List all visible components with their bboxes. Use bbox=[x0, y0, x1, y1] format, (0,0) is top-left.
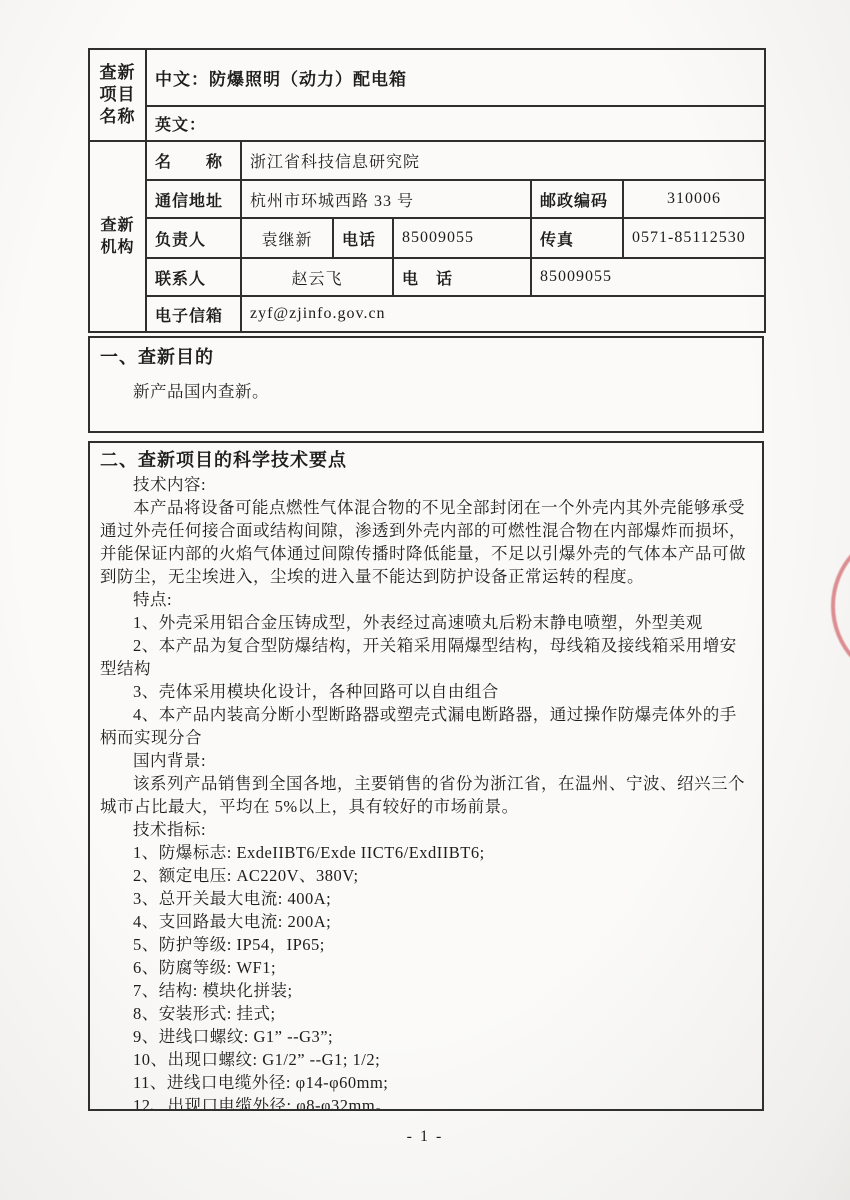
section-tech-points: 二、查新项目的科学技术要点 技术内容: 本产品将设备可能点燃性气体混合物的不见全… bbox=[88, 441, 764, 1111]
indicator-item: 2、额定电压: AC220V、380V; bbox=[100, 864, 752, 887]
feature-item: 2、本产品为复合型防爆结构，开关箱采用隔爆型结构，母线箱及接线箱采用增安型结构 bbox=[100, 634, 752, 680]
email-value: zyf@zjinfo.gov.cn bbox=[241, 296, 765, 332]
document-content: 查新项目名称 中文：防爆照明（动力）配电箱 英文： 查新机构 名 称 浙江省科技… bbox=[88, 48, 764, 1111]
features-label: 特点: bbox=[100, 588, 752, 611]
indicator-item: 4、支回路最大电流: 200A; bbox=[100, 910, 752, 933]
project-name-label: 查新项目名称 bbox=[89, 49, 146, 141]
head-label: 负责人 bbox=[146, 218, 241, 258]
indicator-item: 6、防腐等级: WF1; bbox=[100, 956, 752, 979]
contact-phone-label: 电 话 bbox=[393, 258, 531, 296]
indicator-item: 7、结构: 模块化拼装; bbox=[100, 979, 752, 1002]
row-project-chinese: 查新项目名称 中文：防爆照明（动力）配电箱 bbox=[89, 49, 765, 106]
indicator-item: 3、总开关最大电流: 400A; bbox=[100, 887, 752, 910]
background-paragraph: 该系列产品销售到全国各地，主要销售的省份为浙江省，在温州、宁波、绍兴三个城市占比… bbox=[100, 772, 752, 818]
feature-item: 1、外壳采用铝合金压铸成型，外表经过高速喷丸后粉末静电喷塑，外型美观 bbox=[100, 611, 752, 634]
scanned-document-page: 查新项目名称 中文：防爆照明（动力）配电箱 英文： 查新机构 名 称 浙江省科技… bbox=[0, 0, 850, 1200]
indicator-item: 1、防爆标志: ExdeIIBT6/Exde IICT6/ExdIIBT6; bbox=[100, 841, 752, 864]
section-purpose-body: 新产品国内查新。 bbox=[100, 380, 752, 403]
indicator-item: 11、进线口电缆外径: φ14-φ60mm; bbox=[100, 1071, 752, 1094]
indicator-item: 12、出现口电缆外径: φ8-φ32mm。 bbox=[100, 1094, 752, 1111]
feature-item: 3、壳体采用模块化设计，各种回路可以自由组合 bbox=[100, 680, 752, 703]
contact-value: 赵云飞 bbox=[241, 258, 393, 296]
row-agency-head: 负责人 袁继新 电话 85009055 传真 0571-85112530 bbox=[89, 218, 765, 258]
section-purpose-title: 一、查新目的 bbox=[100, 344, 752, 370]
section-purpose: 一、查新目的 新产品国内查新。 bbox=[88, 336, 764, 433]
tech-content-label: 技术内容: bbox=[100, 473, 752, 496]
indicator-item: 10、出现口螺纹: G1/2” --G1; 1/2; bbox=[100, 1048, 752, 1071]
agency-label: 查新机构 bbox=[89, 141, 146, 332]
address-value: 杭州市环城西路 33 号 bbox=[241, 180, 531, 218]
tech-content-paragraph: 本产品将设备可能点燃性气体混合物的不见全部封闭在一个外壳内其外壳能够承受通过外壳… bbox=[100, 496, 752, 588]
head-value: 袁继新 bbox=[241, 218, 333, 258]
section-tech-title: 二、查新项目的科学技术要点 bbox=[100, 447, 752, 473]
email-label: 电子信箱 bbox=[146, 296, 241, 332]
feature-item: 4、本产品内装高分断小型断路器或塑壳式漏电断路器，通过操作防爆壳体外的手柄而实现… bbox=[100, 703, 752, 749]
row-agency-contact: 联系人 赵云飞 电 话 85009055 bbox=[89, 258, 765, 296]
indicators-label: 技术指标: bbox=[100, 818, 752, 841]
postcode-value: 310006 bbox=[623, 180, 765, 218]
agency-name-value: 浙江省科技信息研究院 bbox=[241, 141, 765, 180]
project-english-name: 英文： bbox=[146, 106, 765, 141]
fax-value: 0571-85112530 bbox=[623, 218, 765, 258]
indicator-item: 9、进线口螺纹: G1” --G3”; bbox=[100, 1025, 752, 1048]
indicator-item: 8、安装形式: 挂式; bbox=[100, 1002, 752, 1025]
contact-phone-value: 85009055 bbox=[531, 258, 765, 296]
fax-label: 传真 bbox=[531, 218, 623, 258]
address-label: 通信地址 bbox=[146, 180, 241, 218]
page-number: - 1 - bbox=[0, 1128, 850, 1146]
red-stamp-arc bbox=[831, 527, 850, 685]
background-label: 国内背景: bbox=[100, 749, 752, 772]
header-info-table: 查新项目名称 中文：防爆照明（动力）配电箱 英文： 查新机构 名 称 浙江省科技… bbox=[88, 48, 766, 333]
project-chinese-name: 中文：防爆照明（动力）配电箱 bbox=[146, 49, 765, 106]
agency-name-label: 名 称 bbox=[146, 141, 241, 180]
indicator-item: 5、防护等级: IP54，IP65; bbox=[100, 933, 752, 956]
row-agency-address: 通信地址 杭州市环城西路 33 号 邮政编码 310006 bbox=[89, 180, 765, 218]
phone-label: 电话 bbox=[333, 218, 393, 258]
row-project-english: 英文： bbox=[89, 106, 765, 141]
phone-value: 85009055 bbox=[393, 218, 531, 258]
row-agency-name: 查新机构 名 称 浙江省科技信息研究院 bbox=[89, 141, 765, 180]
row-agency-email: 电子信箱 zyf@zjinfo.gov.cn bbox=[89, 296, 765, 332]
postcode-label: 邮政编码 bbox=[531, 180, 623, 218]
contact-label: 联系人 bbox=[146, 258, 241, 296]
